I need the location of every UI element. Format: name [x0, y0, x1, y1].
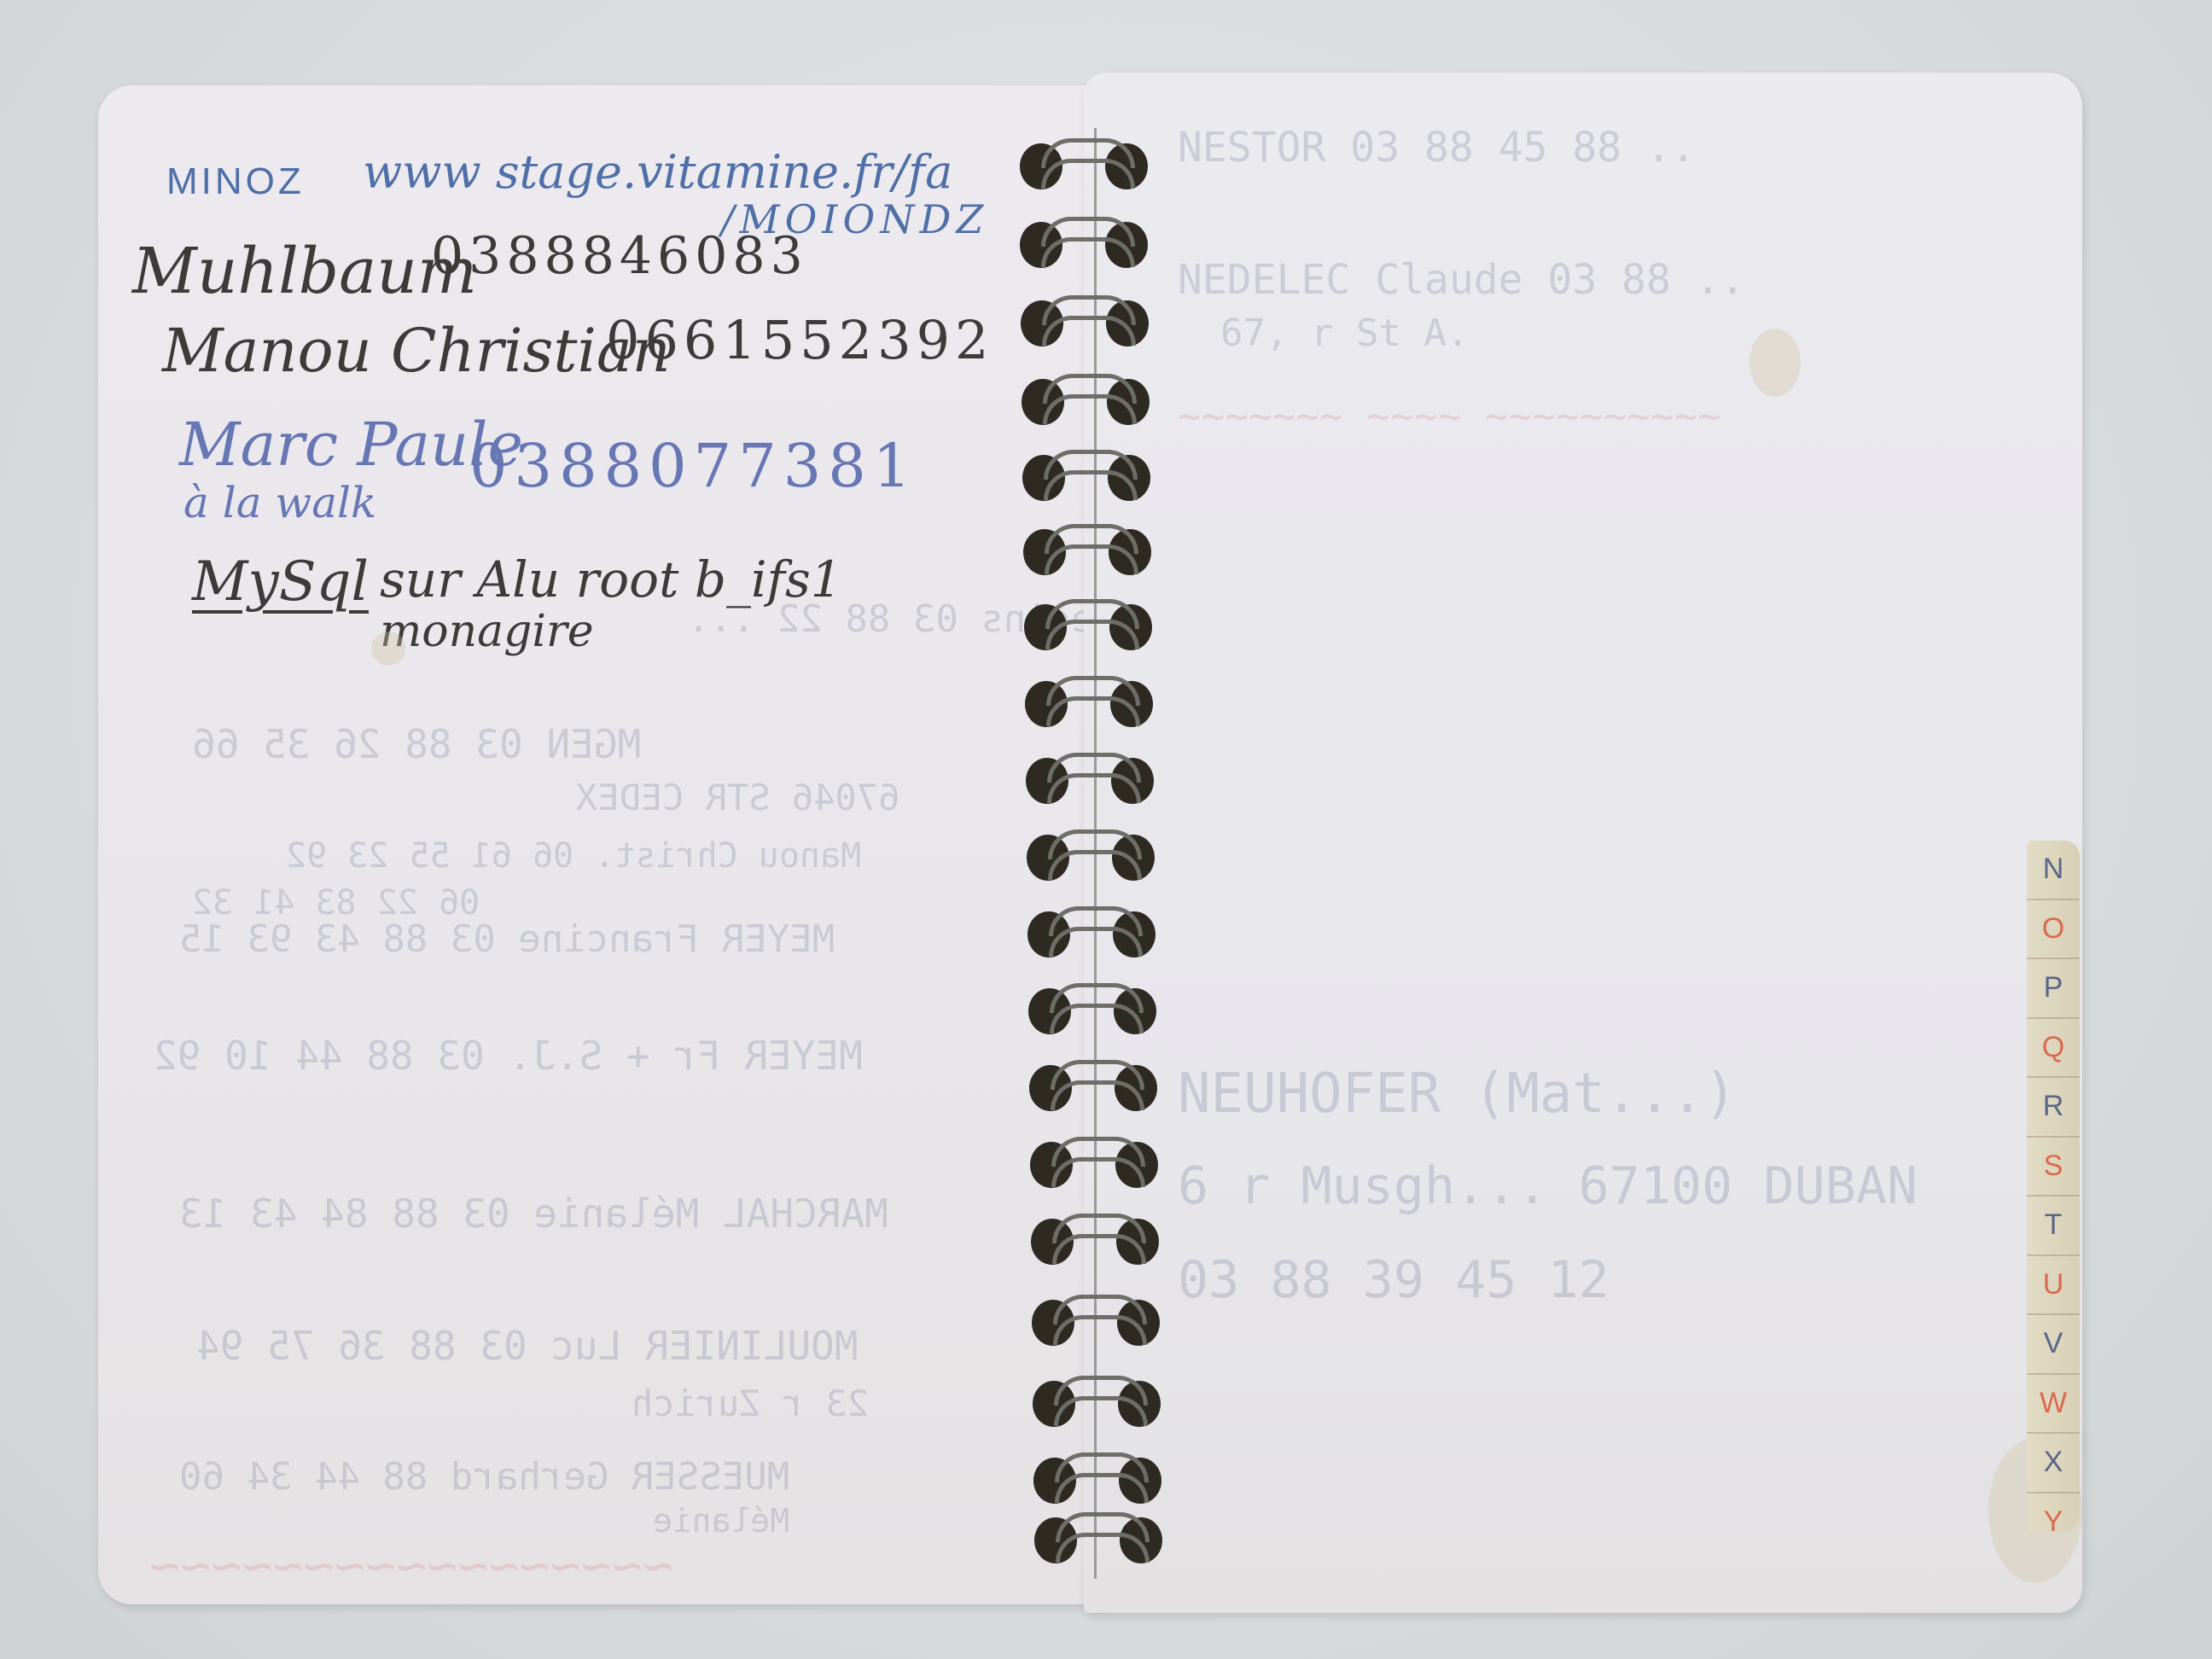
imprint-red-text: ~~~~~~~ ~~~~ ~~~~~~~~~~: [1178, 393, 1721, 439]
imprint-text: 67, r St A.: [1220, 311, 1469, 355]
imprint-text: 03 88 39 45 12: [1178, 1250, 1610, 1310]
entry-credentials: sur Alu root b_ifs1: [380, 550, 842, 608]
alphabet-index-tabs: N O P Q R S T U V W X Y: [2027, 841, 2080, 1532]
spiral-ring: [1029, 1058, 1157, 1118]
index-tab-v[interactable]: V: [2027, 1315, 2080, 1375]
spiral-ring: [1027, 828, 1155, 888]
spiral-ring: [1022, 448, 1150, 508]
imprint-text: NEDELEC Claude 03 88 ..: [1178, 256, 1745, 304]
spiral-ring: [1027, 905, 1155, 964]
entry-phone: 0388077381: [469, 431, 917, 501]
spiral-ring: [1033, 1451, 1161, 1511]
entry-name: MySql: [192, 550, 369, 614]
spiral-ring: [1021, 294, 1149, 353]
index-tab-s[interactable]: S: [2027, 1138, 2080, 1197]
spiral-ring: [1023, 522, 1151, 582]
entry-name: Manou Christian: [162, 316, 671, 386]
spiral-ring: [1032, 1293, 1160, 1353]
entry-password: monagire: [380, 606, 594, 657]
bleed-text: MARCHAL Mélanie 03 88 84 43 13: [179, 1190, 888, 1237]
paper-stain: [1749, 329, 1801, 397]
bleed-text: MEYER Fr + S.J. 03 88 44 10 92: [154, 1033, 863, 1079]
index-tab-w[interactable]: W: [2027, 1375, 2080, 1435]
index-tab-r[interactable]: R: [2027, 1078, 2080, 1138]
right-page: NESTOR 03 88 45 88 .. NEDELEC Claude 03 …: [1084, 73, 2082, 1613]
entry-note: à la walk: [183, 478, 376, 527]
bleed-text: 23 r Zurich: [632, 1382, 869, 1424]
index-tab-n[interactable]: N: [2027, 841, 2080, 900]
spiral-ring: [1033, 1374, 1161, 1434]
imprint-text: 6 r Musgh... 67100 DUBAN: [1178, 1156, 1918, 1216]
spiral-ring: [1024, 597, 1152, 657]
spiral-ring: [1030, 1135, 1158, 1195]
spiral-ring: [1031, 1212, 1159, 1272]
index-tab-q[interactable]: Q: [2027, 1019, 2080, 1079]
index-tab-y[interactable]: Y: [2027, 1493, 2080, 1551]
bleed-text: Mélanie: [653, 1502, 789, 1540]
entry-phone: 0661552392: [606, 309, 993, 371]
index-tab-u[interactable]: U: [2027, 1256, 2080, 1316]
index-tab-x[interactable]: X: [2027, 1434, 2080, 1493]
bleed-text: MUESSER Gerhard 88 44 34 60: [179, 1455, 789, 1499]
spiral-ring: [1034, 1511, 1162, 1570]
entry-name: MINOZ: [166, 160, 305, 203]
spiral-ring: [1022, 372, 1150, 432]
bleed-text: 67046 STR CEDEX: [576, 777, 899, 818]
spiral-ring: [1025, 674, 1153, 734]
imprint-text: NEUHOFER (Mat...): [1178, 1062, 1737, 1126]
bleed-text: Manou Christ. 06 61 55 23 92: [286, 836, 861, 876]
bleed-red-scribble: ~~~~~~~~~~~~~~~~~: [149, 1536, 673, 1596]
spiral-ring: [1020, 215, 1148, 275]
bleed-text: MEYER Francine 03 88 43 93 15: [179, 917, 835, 961]
index-tab-t[interactable]: T: [2027, 1196, 2080, 1256]
entry-url: www stage.vitamine.fr/fa: [363, 145, 952, 199]
imprint-text: NESTOR 03 88 45 88 ..: [1178, 124, 1696, 172]
spiral-ring: [1020, 137, 1148, 196]
bleed-text: MGEN 03 88 26 35 66: [192, 721, 641, 767]
entry-name: Muhlbaum: [132, 235, 477, 308]
entry-phone: 0388846083: [431, 226, 808, 286]
left-page: SOS Médecins 03 88 22 ... MGEN 03 88 26 …: [98, 85, 1114, 1604]
index-tab-p[interactable]: P: [2027, 959, 2080, 1019]
bleed-text: MOULINIER Luc 03 88 36 75 94: [196, 1323, 858, 1369]
index-tab-o[interactable]: O: [2027, 900, 2080, 960]
paper-stain: [371, 632, 405, 666]
spiral-ring: [1028, 981, 1156, 1041]
spiral-ring: [1026, 751, 1154, 811]
